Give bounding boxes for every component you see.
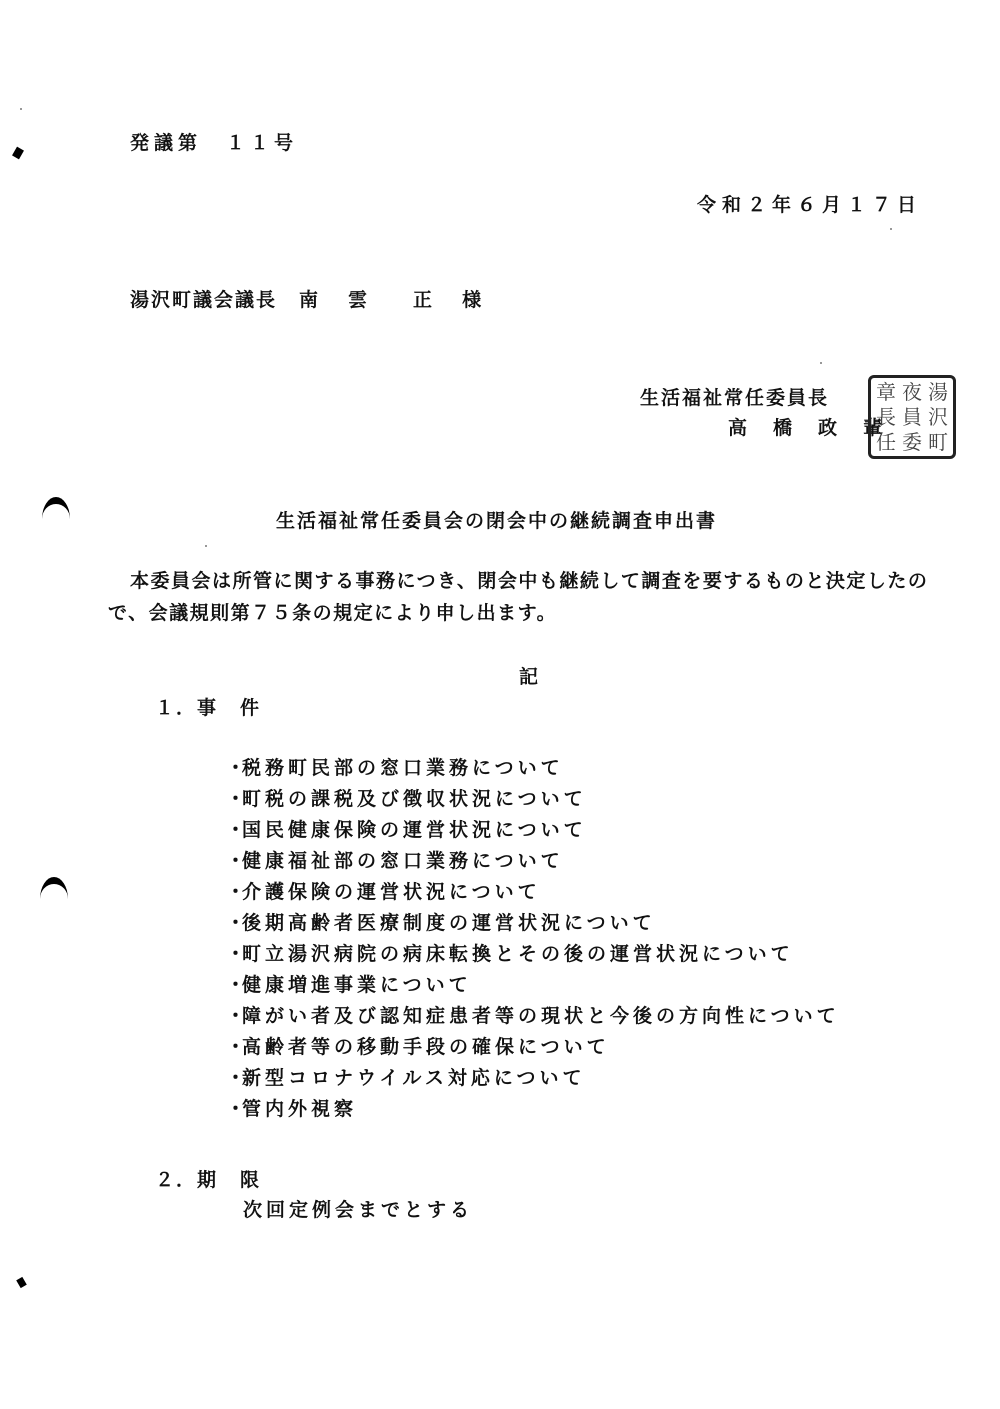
scan-speck xyxy=(890,228,892,230)
list-item: ・後期高齢者医療制度の運営状況について xyxy=(226,911,840,942)
addressee-title: 湯沢町議会議長 xyxy=(130,289,277,311)
bullet-icon: ・ xyxy=(226,1066,242,1091)
list-item: ・介護保険の運営状況について xyxy=(226,880,840,911)
seal-char: 湯 xyxy=(925,380,951,405)
seal-char: 沢 xyxy=(925,405,951,430)
list-item-text: 高齢者等の移動手段の確保について xyxy=(242,1036,610,1058)
seal-char: 夜 xyxy=(899,380,925,405)
list-item-text: 管内外視察 xyxy=(242,1098,357,1120)
sender-name-part: 橋 xyxy=(773,413,792,440)
official-seal-stamp: 章 夜 湯 長 員 沢 任 委 町 xyxy=(868,375,956,459)
list-item-text: 税務町民部の窓口業務について xyxy=(242,757,564,779)
list-item-text: 障がい者及び認知症患者等の現状と今後の方向性について xyxy=(242,1005,840,1027)
list-item: ・新型コロナウイルス対応について xyxy=(226,1066,840,1097)
sender-title: 生活福祉常任委員長 xyxy=(640,383,829,410)
list-item-text: 健康福祉部の窓口業務について xyxy=(242,850,564,872)
bullet-icon: ・ xyxy=(226,787,242,812)
punch-hole-mark xyxy=(42,497,70,519)
list-item: ・健康福祉部の窓口業務について xyxy=(226,849,840,880)
section-heading-part: 期 xyxy=(197,1169,218,1191)
sender-name-part: 政 xyxy=(818,413,837,440)
sender-name-part: 高 xyxy=(728,413,747,440)
section-heading-part: 事 xyxy=(197,697,218,719)
list-item: ・国民健康保険の運営状況について xyxy=(226,818,840,849)
section-heading-part: 件 xyxy=(240,697,261,719)
bullet-icon: ・ xyxy=(226,911,242,936)
list-item: ・障がい者及び認知症患者等の現状と今後の方向性について xyxy=(226,1004,840,1035)
seal-char: 町 xyxy=(925,429,951,454)
section-2-heading: ２．期限 xyxy=(155,1165,261,1192)
seal-char: 員 xyxy=(899,405,925,430)
seal-char: 委 xyxy=(899,429,925,454)
document-number: 発議第 １１号 xyxy=(130,128,298,155)
punch-hole-mark xyxy=(40,877,68,899)
list-item-text: 国民健康保険の運営状況について xyxy=(242,819,587,841)
list-item-text: 健康増進事業について xyxy=(242,974,472,996)
document-title: 生活福祉常任委員会の閉会中の継続調査申出書 xyxy=(276,506,717,533)
list-item: ・健康増進事業について xyxy=(226,973,840,1004)
addressee-name-part: 正 xyxy=(413,289,434,311)
seal-char: 長 xyxy=(873,405,899,430)
addressee: 湯沢町議会議長南雲正様 xyxy=(130,285,483,312)
body-text: 本委員会は所管に関する事務につき、閉会中も継続して調査を要するものと決定したので… xyxy=(108,570,928,624)
list-item: ・管内外視察 xyxy=(226,1097,840,1128)
bullet-icon: ・ xyxy=(226,942,242,967)
list-item: ・税務町民部の窓口業務について xyxy=(226,756,840,787)
bullet-icon: ・ xyxy=(226,973,242,998)
bullet-icon: ・ xyxy=(226,818,242,843)
addressee-honorific: 様 xyxy=(462,289,483,311)
seal-char: 任 xyxy=(873,429,899,454)
section-number: ２． xyxy=(155,1169,197,1191)
deadline-value: 次回定例会までとする xyxy=(243,1195,473,1222)
bullet-icon: ・ xyxy=(226,1097,242,1122)
bullet-icon: ・ xyxy=(226,1035,242,1060)
ki-marker: 記 xyxy=(519,662,540,689)
section-heading-part: 限 xyxy=(240,1169,261,1191)
addressee-name-part: 雲 xyxy=(348,289,369,311)
scan-speck xyxy=(820,362,822,364)
matters-list: ・税務町民部の窓口業務について ・町税の課税及び徴収状況について ・国民健康保険… xyxy=(226,756,840,1128)
document-date: 令和２年６月１７日 xyxy=(697,190,922,217)
bullet-icon: ・ xyxy=(226,880,242,905)
list-item-text: 新型コロナウイルス対応について xyxy=(242,1067,585,1089)
list-item-text: 町税の課税及び徴収状況について xyxy=(242,788,587,810)
bullet-icon: ・ xyxy=(226,849,242,874)
body-paragraph: 本委員会は所管に関する事務につき、閉会中も継続して調査を要するものと決定したので… xyxy=(108,565,938,629)
bullet-icon: ・ xyxy=(226,756,242,781)
list-item: ・町立湯沢病院の病床転換とその後の運営状況について xyxy=(226,942,840,973)
scan-speck xyxy=(205,545,207,547)
seal-char: 章 xyxy=(873,380,899,405)
list-item-text: 介護保険の運営状況について xyxy=(242,881,541,903)
sender-name: 高橋政輩 xyxy=(728,413,882,440)
scan-artifact-mark xyxy=(12,147,24,160)
scan-artifact-mark xyxy=(16,1277,27,1288)
addressee-name-part: 南 xyxy=(299,289,320,311)
list-item-text: 後期高齢者医療制度の運営状況について xyxy=(242,912,656,934)
list-item-text: 町立湯沢病院の病床転換とその後の運営状況について xyxy=(242,943,794,965)
scan-speck xyxy=(20,108,22,110)
list-item: ・高齢者等の移動手段の確保について xyxy=(226,1035,840,1066)
section-1-heading: １．事件 xyxy=(155,693,261,720)
bullet-icon: ・ xyxy=(226,1004,242,1029)
list-item: ・町税の課税及び徴収状況について xyxy=(226,787,840,818)
section-number: １． xyxy=(155,697,197,719)
